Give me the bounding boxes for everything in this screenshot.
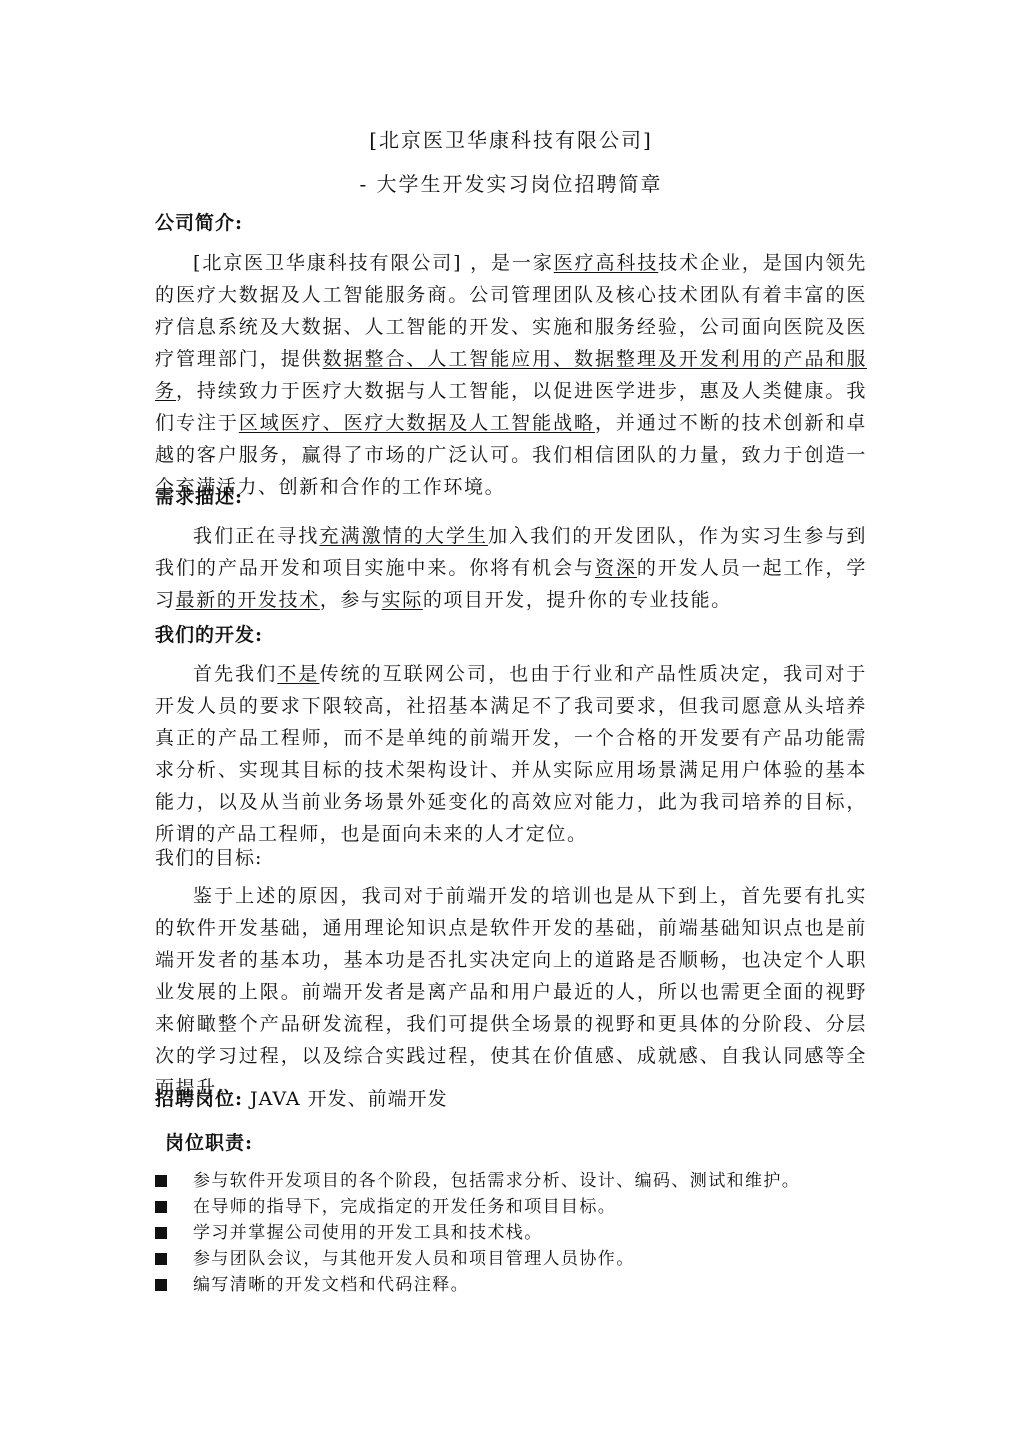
underlined-text: 充满激情的大学生	[319, 525, 488, 547]
underlined-text: 区域医疗、医疗大数据及人工智能战略	[239, 412, 595, 434]
list-item: 参与软件开发项目的各个阶段，包括需求分析、设计、编码、测试和维护。	[155, 1168, 885, 1194]
text-run: 的项目开发，提升你的专业技能。	[423, 589, 732, 611]
requirements-heading: 需求描述:	[155, 482, 243, 509]
goals-heading: 我们的目标:	[155, 843, 262, 870]
text-run: 首先我们	[193, 663, 277, 685]
positions-line: 招聘岗位: JAVA 开发、前端开发	[155, 1084, 448, 1111]
square-bullet-icon	[155, 1253, 167, 1265]
goals-paragraph: 鉴于上述的原因，我司对于前端开发的培训也是从下到上，首先要有扎实的软件开发基础，…	[155, 880, 867, 1104]
underlined-text: 实际	[382, 589, 423, 611]
list-item-text: 在导师的指导下，完成指定的开发任务和项目目标。	[193, 1194, 616, 1220]
positions-value: JAVA 开发、前端开发	[243, 1088, 448, 1110]
document-subtitle: - 大学生开发实习岗位招聘简章	[155, 168, 867, 197]
requirements-paragraph: 我们正在寻找充满激情的大学生加入我们的开发团队，作为实习生参与到我们的产品开发和…	[155, 520, 867, 616]
square-bullet-icon	[155, 1279, 167, 1291]
positions-label: 招聘岗位:	[155, 1088, 243, 1110]
square-bullet-icon	[155, 1227, 167, 1239]
underlined-text: 最新的开发技术	[176, 589, 320, 611]
list-item: 参与团队会议，与其他开发人员和项目管理人员协作。	[155, 1246, 885, 1272]
list-item: 学习并掌握公司使用的开发工具和技术栈。	[155, 1220, 885, 1246]
square-bullet-icon	[155, 1201, 167, 1213]
intro-paragraph: [北京医卫华康科技有限公司] ，是一家医疗高科技技术企业，是国内领先的医疗大数据…	[155, 247, 867, 503]
text-run: 我们正在寻找	[193, 525, 319, 547]
underlined-text: 资深	[595, 557, 637, 579]
text-run: ，参与	[320, 589, 382, 611]
underlined-text: 医疗高科技	[554, 252, 659, 274]
list-item: 在导师的指导下，完成指定的开发任务和项目目标。	[155, 1194, 885, 1220]
company-title: [北京医卫华康科技有限公司]	[155, 124, 867, 153]
square-bullet-icon	[155, 1175, 167, 1187]
list-item-text: 编写清晰的开发文档和代码注释。	[193, 1272, 469, 1298]
duties-list: 参与软件开发项目的各个阶段，包括需求分析、设计、编码、测试和维护。 在导师的指导…	[155, 1168, 885, 1298]
text-run: [北京医卫华康科技有限公司] ，是一家	[193, 252, 554, 274]
list-item-text: 参与团队会议，与其他开发人员和项目管理人员协作。	[193, 1246, 635, 1272]
list-item: 编写清晰的开发文档和代码注释。	[155, 1272, 885, 1298]
text-run: 传统的互联网公司，也由于行业和产品性质决定，我司对于开发人员的要求下限较高，社招…	[155, 663, 867, 845]
duties-heading: 岗位职责:	[165, 1128, 253, 1155]
intro-heading: 公司简介:	[155, 208, 243, 235]
list-item-text: 参与软件开发项目的各个阶段，包括需求分析、设计、编码、测试和维护。	[193, 1168, 800, 1194]
our-dev-paragraph: 首先我们不是传统的互联网公司，也由于行业和产品性质决定，我司对于开发人员的要求下…	[155, 658, 867, 850]
list-item-text: 学习并掌握公司使用的开发工具和技术栈。	[193, 1220, 543, 1246]
underlined-text: 不是	[277, 663, 319, 685]
our-dev-heading: 我们的开发:	[155, 620, 263, 647]
